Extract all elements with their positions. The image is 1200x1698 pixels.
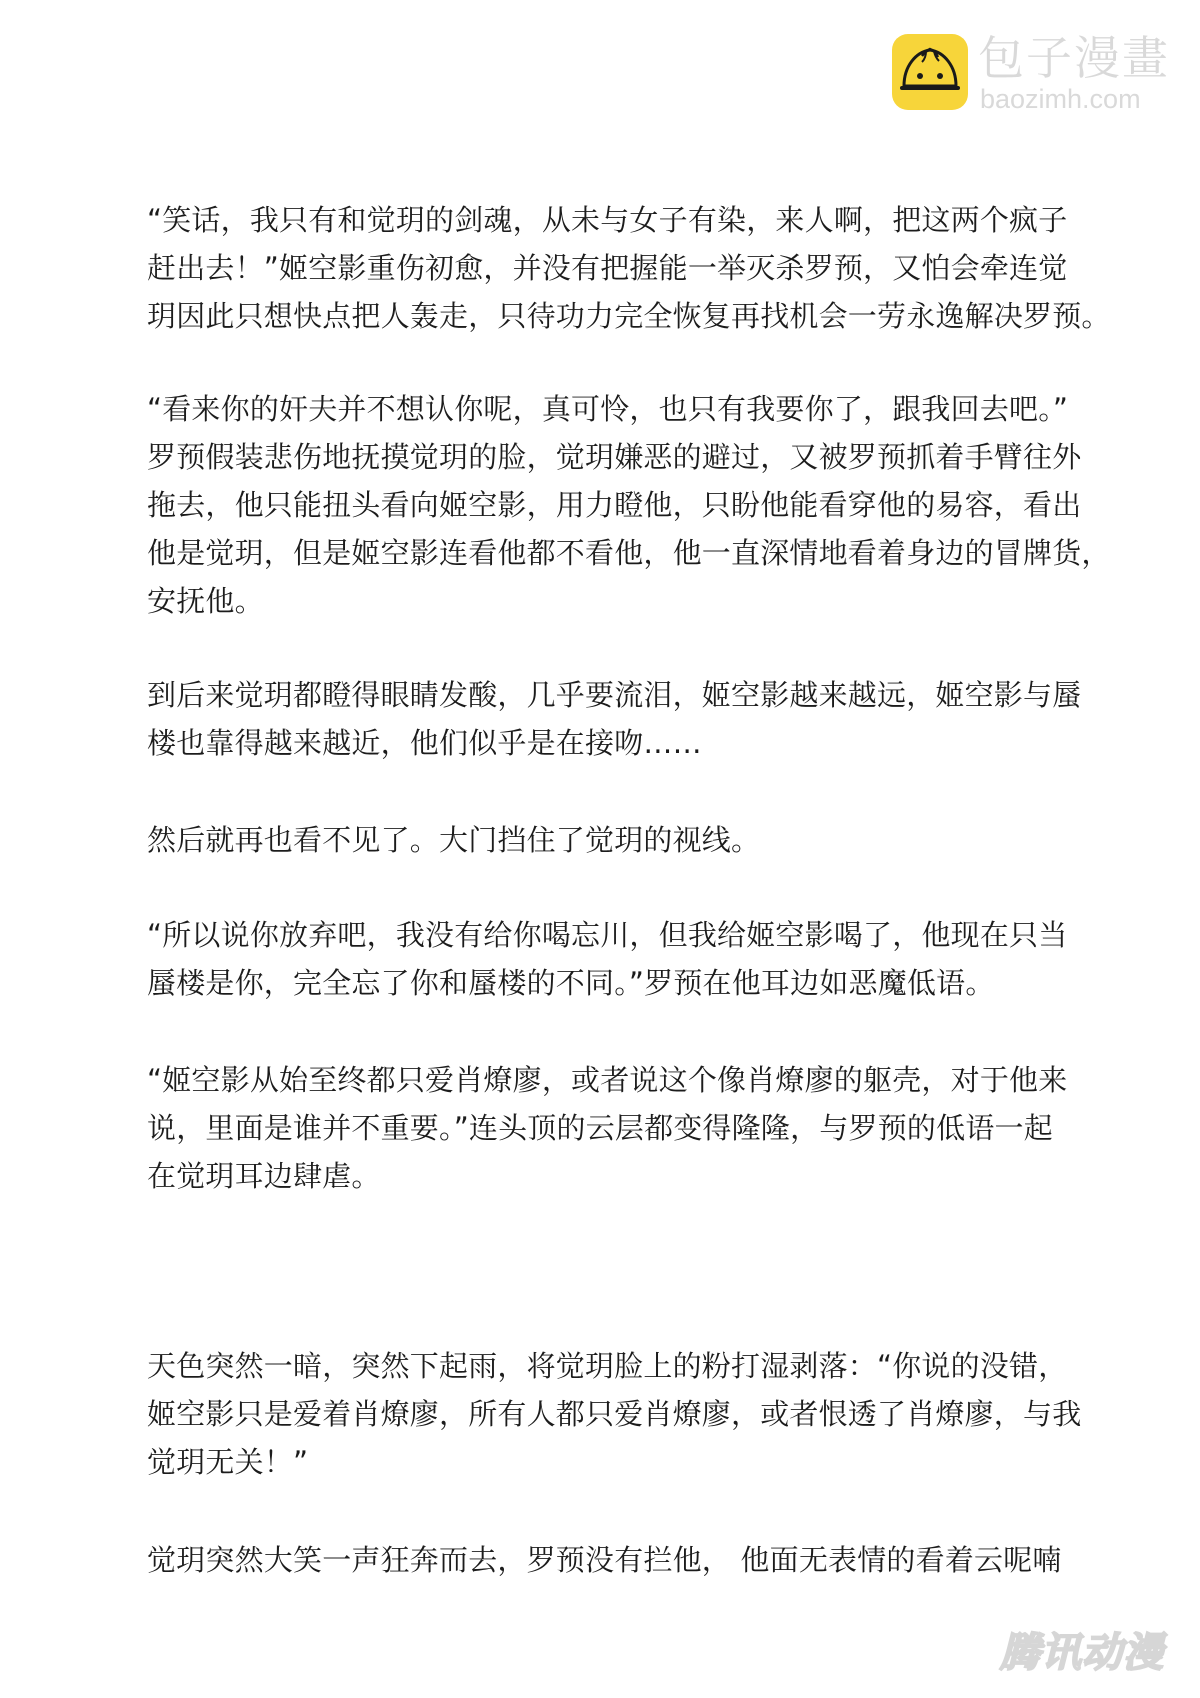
- text-line: 觉玥无关！”: [147, 1438, 1077, 1486]
- text-line: 到后来觉玥都瞪得眼睛发酸，几乎要流泪，姬空影越来越远，姬空影与蜃: [147, 671, 1077, 719]
- text-line: 他是觉玥，但是姬空影连看他都不看他，他一直深情地看着身边的冒牌货，: [147, 529, 1077, 577]
- tencent-comic-watermark: 腾讯动漫: [1000, 1628, 1190, 1678]
- watermark-text: 腾讯动漫: [1000, 1628, 1190, 1678]
- paragraph: “姬空影从始至终都只爱肖燎廖，或者说这个像肖燎廖的躯壳，对于他来说，里面是谁并不…: [147, 1056, 1077, 1200]
- text-line: “笑话，我只有和觉玥的剑魂，从未与女子有染，来人啊，把这两个疯子: [147, 196, 1077, 244]
- text-line: 说，里面是谁并不重要。”连头顶的云层都变得隆隆，与罗预的低语一起: [147, 1104, 1077, 1152]
- steamed-bun-icon: [892, 34, 968, 110]
- text-line: “所以说你放弃吧，我没有给你喝忘川，但我给姬空影喝了，他现在只当: [147, 911, 1077, 959]
- text-line: 觉玥突然大笑一声狂奔而去，罗预没有拦他， 他面无表情的看着云呢喃: [147, 1536, 1077, 1584]
- text-line: 楼也靠得越来越近，他们似乎是在接吻……: [147, 719, 1077, 767]
- site-logo: 包子漫畫 baozimh.com: [892, 34, 1182, 114]
- paragraph: 然后就再也看不见了。大门挡住了觉玥的视线。: [147, 816, 1077, 864]
- text-line: 在觉玥耳边肆虐。: [147, 1152, 1077, 1200]
- text-line: 蜃楼是你，完全忘了你和蜃楼的不同。”罗预在他耳边如恶魔低语。: [147, 959, 1077, 1007]
- text-line: 天色突然一暗，突然下起雨，将觉玥脸上的粉打湿剥落：“你说的没错，: [147, 1342, 1077, 1390]
- paragraph: “看来你的奸夫并不想认你呢，真可怜，也只有我要你了，跟我回去吧。”罗预假装悲伤地…: [147, 385, 1077, 625]
- paragraph: 到后来觉玥都瞪得眼睛发酸，几乎要流泪，姬空影越来越远，姬空影与蜃楼也靠得越来越近…: [147, 671, 1077, 767]
- text-line: 玥因此只想快点把人轰走，只待功力完全恢复再找机会一劳永逸解决罗预。: [147, 292, 1077, 340]
- logo-domain-text: baozimh.com: [980, 84, 1141, 114]
- text-line: 赶出去！”姬空影重伤初愈，并没有把握能一举灭杀罗预，又怕会牵连觉: [147, 244, 1077, 292]
- text-line: “姬空影从始至终都只爱肖燎廖，或者说这个像肖燎廖的躯壳，对于他来: [147, 1056, 1077, 1104]
- text-line: 然后就再也看不见了。大门挡住了觉玥的视线。: [147, 816, 1077, 864]
- paragraph: “笑话，我只有和觉玥的剑魂，从未与女子有染，来人啊，把这两个疯子赶出去！”姬空影…: [147, 196, 1077, 340]
- text-line: 姬空影只是爱着肖燎廖，所有人都只爱肖燎廖，或者恨透了肖燎廖，与我: [147, 1390, 1077, 1438]
- paragraph: 觉玥突然大笑一声狂奔而去，罗预没有拦他， 他面无表情的看着云呢喃: [147, 1536, 1077, 1584]
- logo-chinese-text: 包子漫畫: [978, 32, 1170, 84]
- paragraph: “所以说你放弃吧，我没有给你喝忘川，但我给姬空影喝了，他现在只当蜃楼是你，完全忘…: [147, 911, 1077, 1007]
- text-line: 安抚他。: [147, 577, 1077, 625]
- text-line: 拖去，他只能扭头看向姬空影，用力瞪他，只盼他能看穿他的易容，看出: [147, 481, 1077, 529]
- text-line: 罗预假装悲伤地抚摸觉玥的脸，觉玥嫌恶的避过，又被罗预抓着手臂往外: [147, 433, 1077, 481]
- text-line: “看来你的奸夫并不想认你呢，真可怜，也只有我要你了，跟我回去吧。”: [147, 385, 1077, 433]
- paragraph: 天色突然一暗，突然下起雨，将觉玥脸上的粉打湿剥落：“你说的没错，姬空影只是爱着肖…: [147, 1342, 1077, 1486]
